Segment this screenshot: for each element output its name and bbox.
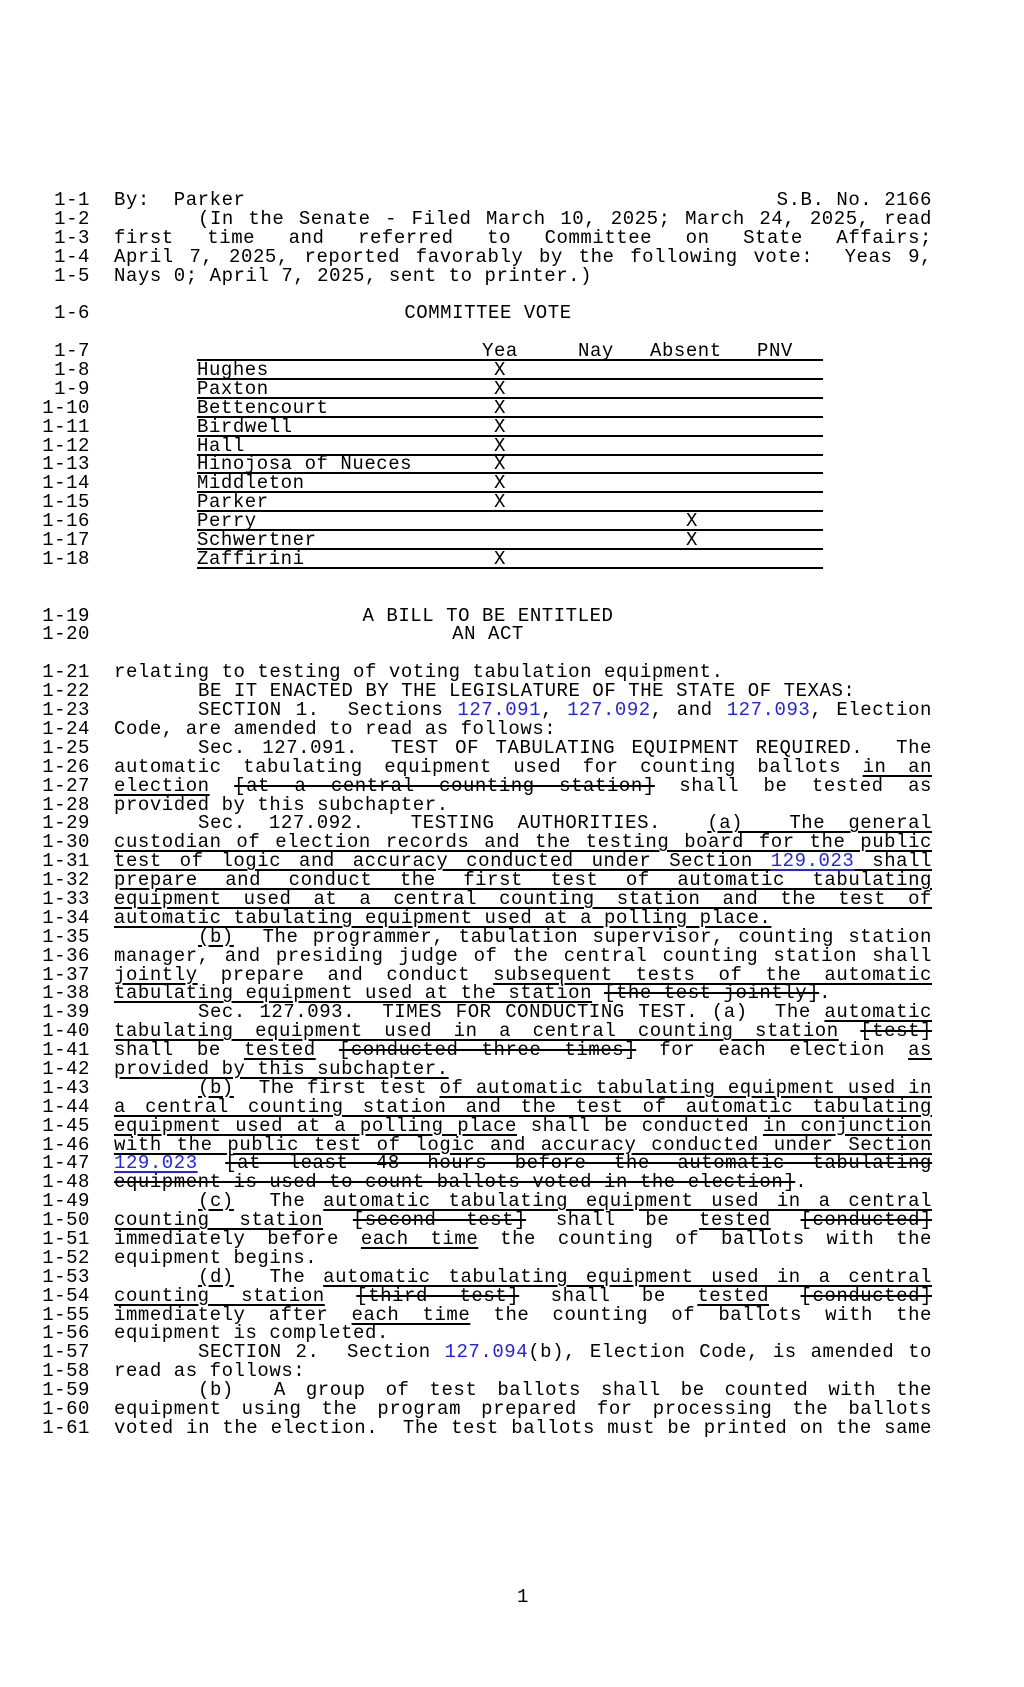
blank-line bbox=[0, 569, 932, 588]
bill-line: 1-7YeaNayAbsentPNV bbox=[0, 342, 932, 361]
line-text: BettencourtX bbox=[114, 399, 932, 418]
line-number: 1-44 bbox=[42, 1098, 90, 1117]
vote-mark: X bbox=[494, 550, 506, 569]
bill-lines: 1-1By: ParkerS.B. No. 21661-2(In the Sen… bbox=[0, 191, 932, 1438]
statute-link[interactable]: 127.092 bbox=[567, 699, 651, 721]
member-name: Bettencourt bbox=[197, 399, 328, 418]
vote-table-row: MiddletonX bbox=[197, 474, 823, 493]
line-number: 1-4 bbox=[42, 248, 90, 267]
line-number bbox=[42, 588, 90, 607]
bill-page: 1-1By: ParkerS.B. No. 21661-2(In the Sen… bbox=[0, 0, 1024, 1687]
line-text: ZaffiriniX bbox=[114, 550, 932, 569]
vote-table-row: ParkerX bbox=[197, 493, 823, 512]
line-number: 1-35 bbox=[42, 928, 90, 947]
vote-column-header: Nay bbox=[578, 342, 614, 361]
line-text: PaxtonX bbox=[114, 380, 932, 399]
text-run: the counting of ballots with the bbox=[470, 1304, 932, 1326]
member-name: Zaffirini bbox=[197, 550, 305, 569]
text-run: shall be tested as bbox=[655, 775, 932, 797]
line-number: 1-2 bbox=[42, 210, 90, 229]
vote-mark: X bbox=[494, 380, 506, 399]
text-run: , and bbox=[651, 699, 727, 721]
bill-line: 1-5Nays 0; April 7, 2025, sent to printe… bbox=[0, 267, 932, 286]
line-number: 1-25 bbox=[42, 739, 90, 758]
bill-line: 1-61voted in the election. The test ball… bbox=[0, 1419, 932, 1438]
bill-line: 1-20AN ACT bbox=[0, 625, 932, 644]
line-number bbox=[42, 569, 90, 588]
line-number: 1-36 bbox=[42, 947, 90, 966]
text-run: the counting of ballots with the bbox=[478, 1228, 932, 1250]
vote-mark: X bbox=[494, 418, 506, 437]
text-run: AN ACT bbox=[452, 623, 524, 645]
line-text: voted in the election. The test ballots … bbox=[114, 1419, 932, 1438]
text-run: Nays 0; April 7, 2025, sent to printer.) bbox=[114, 265, 592, 287]
member-name: Birdwell bbox=[197, 418, 293, 437]
bill-line: 1-11BirdwellX bbox=[0, 418, 932, 437]
bill-line: 1-15ParkerX bbox=[0, 493, 932, 512]
inserted-text: each time bbox=[361, 1228, 478, 1250]
bill-line: 1-16PerryX bbox=[0, 512, 932, 531]
line-number: 1-6 bbox=[42, 304, 90, 323]
page-number-footer: 1 bbox=[114, 1586, 932, 1608]
line-text: COMMITTEE VOTE bbox=[114, 304, 932, 323]
bill-line: 1-12HallX bbox=[0, 437, 932, 456]
line-number: 1-27 bbox=[42, 777, 90, 796]
vote-column-header: Absent bbox=[650, 342, 722, 361]
line-number: 1-5 bbox=[42, 267, 90, 286]
text-run: (b), Election Code, is amended to bbox=[528, 1341, 932, 1363]
line-number: 1-34 bbox=[42, 909, 90, 928]
text-run: COMMITTEE VOTE bbox=[404, 302, 571, 324]
vote-mark: X bbox=[494, 399, 506, 418]
member-name: Paxton bbox=[197, 380, 269, 399]
inserted-text: as bbox=[908, 1039, 932, 1061]
bill-line: 1-6COMMITTEE VOTE bbox=[0, 304, 932, 323]
line-text: AN ACT bbox=[114, 625, 932, 644]
vote-table-row: ZaffiriniX bbox=[197, 550, 823, 569]
vote-mark: X bbox=[494, 493, 506, 512]
line-number: 1-26 bbox=[42, 758, 90, 777]
bill-line: 1-17SchwertnerX bbox=[0, 531, 932, 550]
vote-table-row: BirdwellX bbox=[197, 418, 823, 437]
line-number: 1-54 bbox=[42, 1287, 90, 1306]
line-number: 1-20 bbox=[42, 625, 90, 644]
statute-link[interactable]: 127.094 bbox=[445, 1341, 529, 1363]
line-number: 1-24 bbox=[42, 720, 90, 739]
line-text bbox=[114, 569, 932, 588]
text-run: , Election bbox=[810, 699, 932, 721]
line-number: 1-3 bbox=[42, 229, 90, 248]
vote-mark: X bbox=[686, 531, 698, 550]
text-run: for each election bbox=[636, 1039, 908, 1061]
bill-line: 1-9PaxtonX bbox=[0, 380, 932, 399]
text-run: voted in the election. The test ballots … bbox=[114, 1417, 932, 1439]
vote-table-header-row: YeaNayAbsentPNV bbox=[197, 342, 823, 361]
statute-link[interactable]: 127.093 bbox=[727, 699, 811, 721]
line-number: 1-45 bbox=[42, 1117, 90, 1136]
bill-line: 1-14MiddletonX bbox=[0, 474, 932, 493]
line-text: BirdwellX bbox=[114, 418, 932, 437]
line-number: 1-9 bbox=[42, 380, 90, 399]
vote-column-header: PNV bbox=[757, 342, 793, 361]
bill-line: 1-8HughesX bbox=[0, 361, 932, 380]
bill-line: 1-13Hinojosa of NuecesX bbox=[0, 455, 932, 474]
bill-line: 1-10BettencourtX bbox=[0, 399, 932, 418]
line-text bbox=[114, 323, 932, 342]
line-number: 1-10 bbox=[42, 399, 90, 418]
line-number: 1-33 bbox=[42, 890, 90, 909]
line-number: 1-61 bbox=[42, 1419, 90, 1438]
line-number: 1-18 bbox=[42, 550, 90, 569]
line-number: 1-52 bbox=[42, 1249, 90, 1268]
vote-table-row: BettencourtX bbox=[197, 399, 823, 418]
line-number: 1-11 bbox=[42, 418, 90, 437]
line-text: Nays 0; April 7, 2025, sent to printer.) bbox=[114, 267, 932, 286]
bill-line: 1-18ZaffiriniX bbox=[0, 550, 932, 569]
vote-table-row: HughesX bbox=[197, 361, 823, 380]
line-number: 1-43 bbox=[42, 1079, 90, 1098]
line-number: 1-53 bbox=[42, 1268, 90, 1287]
